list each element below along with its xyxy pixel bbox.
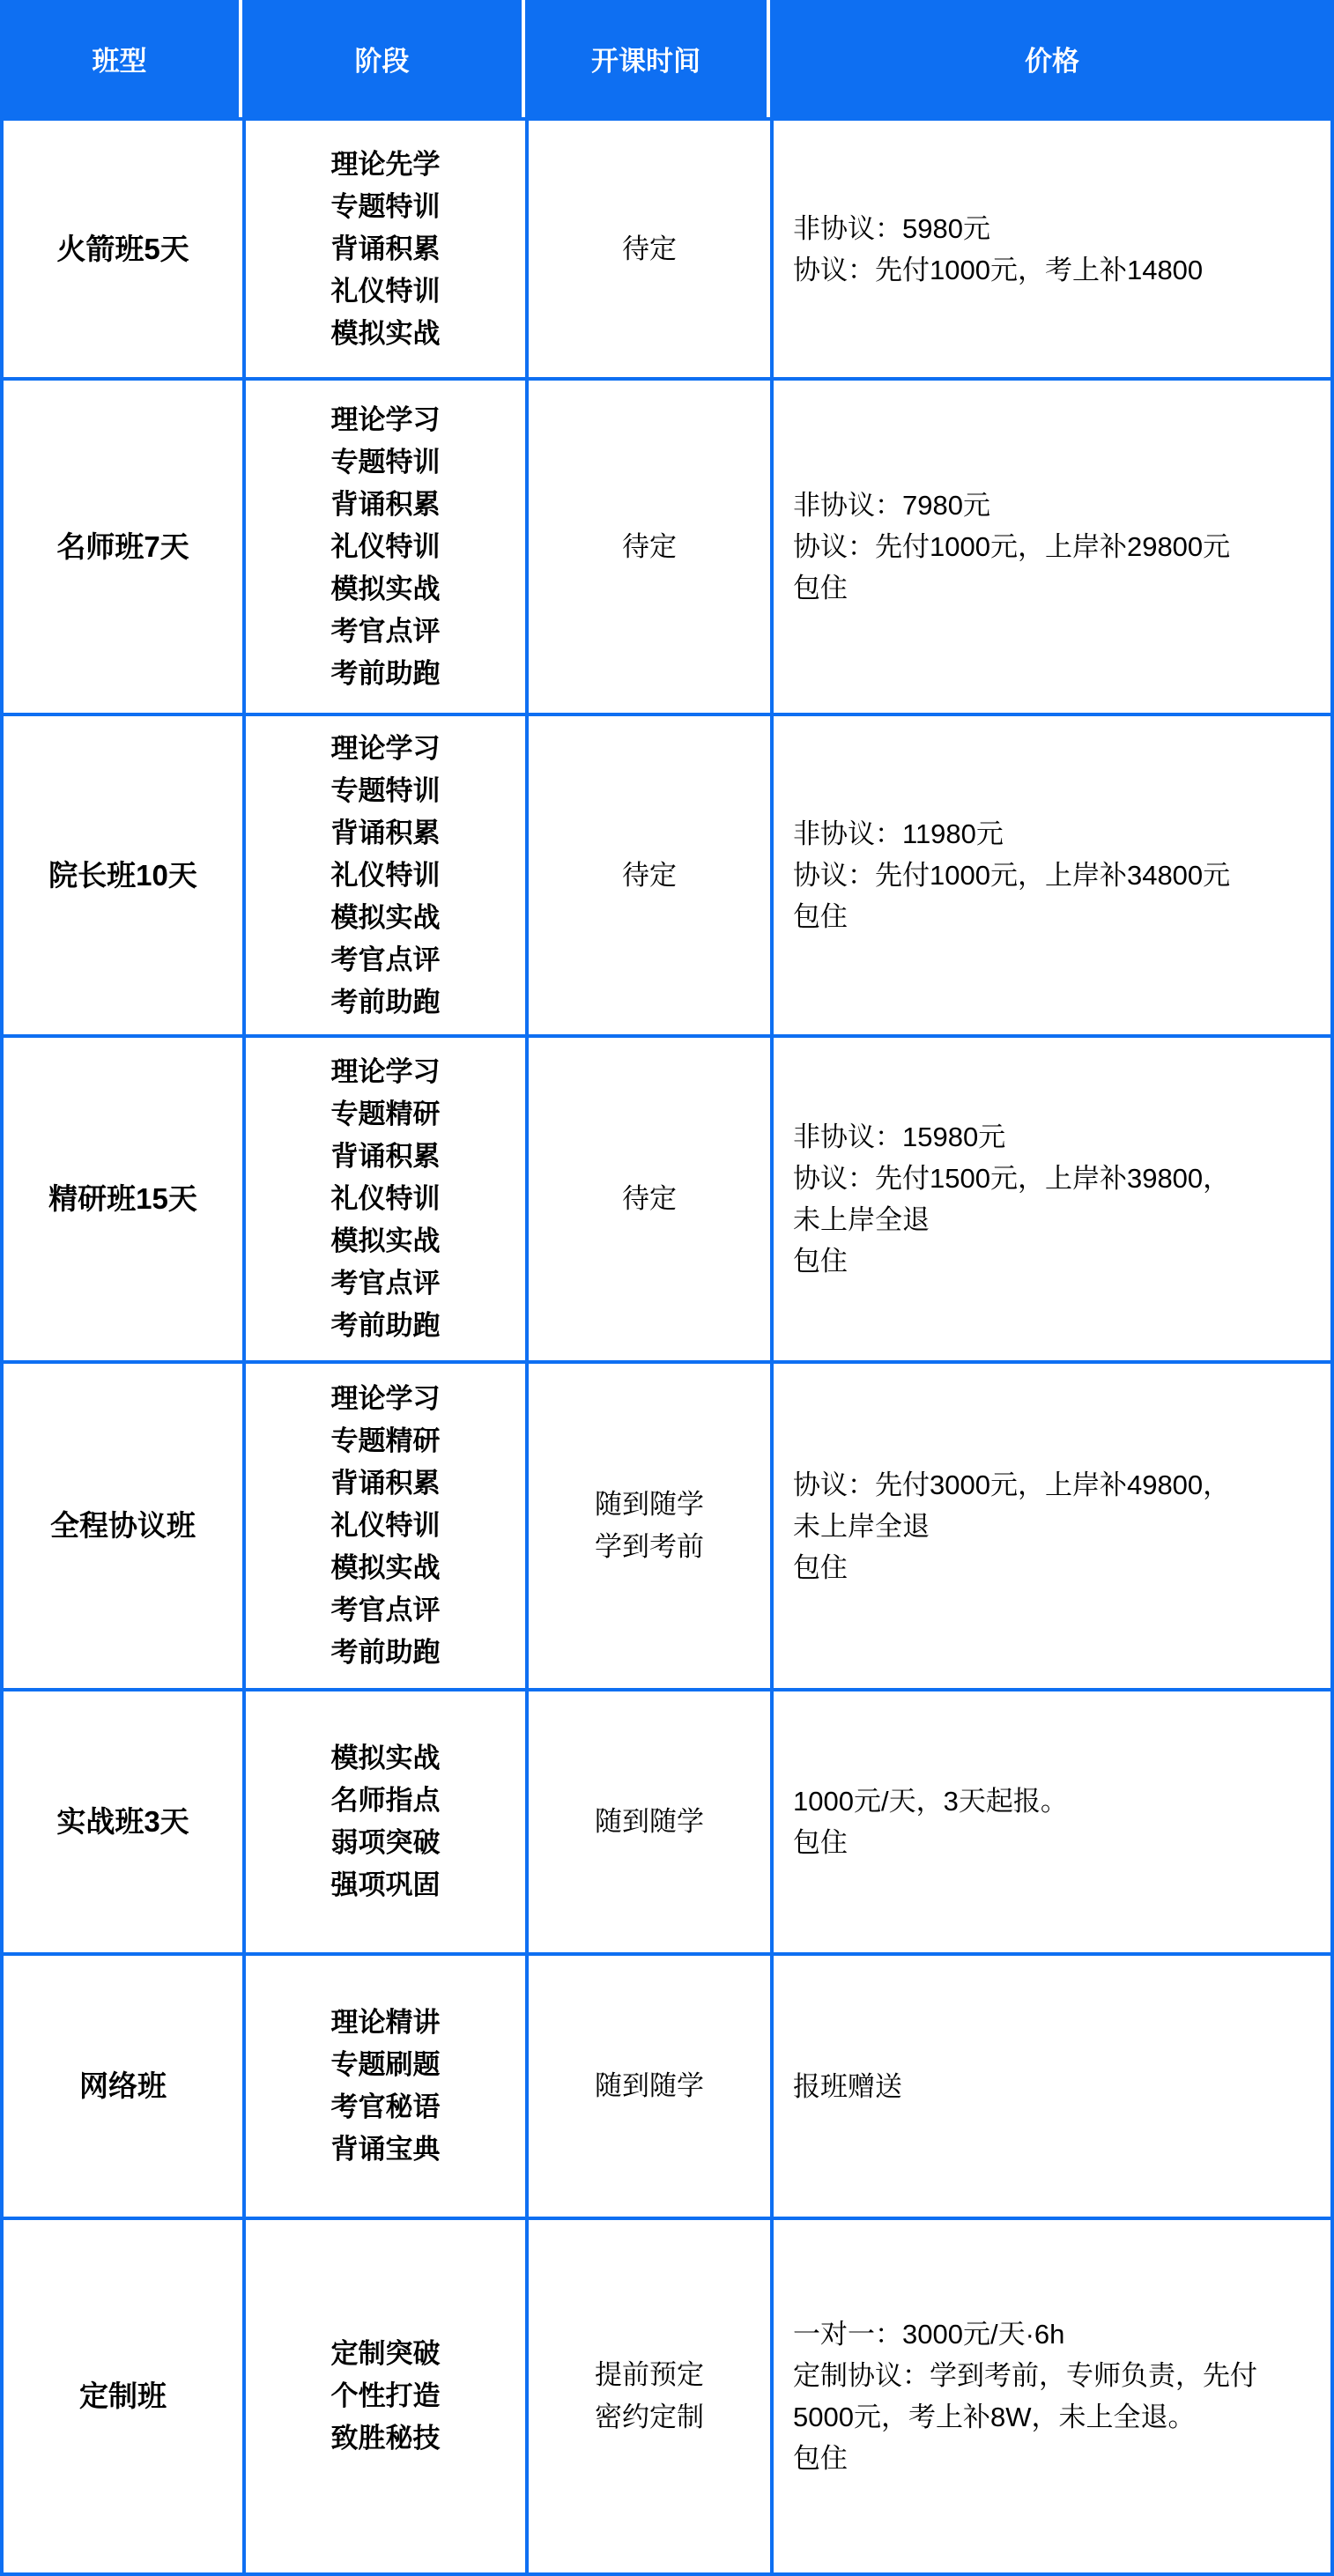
stages-cell: 理论学习 专题特训 背诵积累 礼仪特训 模拟实战 考官点评 考前助跑 (242, 716, 525, 1038)
schedule-cell: 随到随学 学到考前 (525, 1364, 770, 1691)
table-row: 名师班7天 理论学习 专题特训 背诵积累 礼仪特训 模拟实战 考官点评 考前助跑… (0, 381, 1334, 716)
stages-cell: 模拟实战 名师指点 弱项突破 强项巩固 (242, 1691, 525, 1956)
price-cell: 非协议：15980元 协议：先付1500元，上岸补39800， 未上岸全退 包住 (770, 1038, 1334, 1364)
schedule-cell: 待定 (525, 1038, 770, 1364)
price-cell: 非协议：11980元 协议：先付1000元，上岸补34800元 包住 (770, 716, 1334, 1038)
class-type-cell: 全程协议班 (0, 1364, 242, 1691)
price-cell: 协议：先付3000元，上岸补49800， 未上岸全退 包住 (770, 1364, 1334, 1691)
schedule-cell: 待定 (525, 117, 770, 381)
stages-cell: 定制突破 个性打造 致胜秘技 (242, 2220, 525, 2576)
stages-cell: 理论学习 专题特训 背诵积累 礼仪特训 模拟实战 考官点评 考前助跑 (242, 381, 525, 716)
stages-cell: 理论学习 专题精研 背诵积累 礼仪特训 模拟实战 考官点评 考前助跑 (242, 1364, 525, 1691)
schedule-cell: 待定 (525, 716, 770, 1038)
class-type-cell: 网络班 (0, 1956, 242, 2220)
stages-cell: 理论先学 专题特训 背诵积累 礼仪特训 模拟实战 (242, 117, 525, 381)
price-cell: 一对一：3000元/天·6h 定制协议：学到考前，专师负责，先付 5000元，考… (770, 2220, 1334, 2576)
table-row: 火箭班5天 理论先学 专题特训 背诵积累 礼仪特训 模拟实战 待定 非协议：59… (0, 117, 1334, 381)
class-type-cell: 火箭班5天 (0, 117, 242, 381)
pricing-table: 班型 阶段 开课时间 价格 火箭班5天 理论先学 专题特训 背诵积累 礼仪特训 … (0, 0, 1334, 2576)
table-row: 定制班 定制突破 个性打造 致胜秘技 提前预定 密约定制 一对一：3000元/天… (0, 2220, 1334, 2576)
class-type-cell: 精研班15天 (0, 1038, 242, 1364)
table-row: 全程协议班 理论学习 专题精研 背诵积累 礼仪特训 模拟实战 考官点评 考前助跑… (0, 1364, 1334, 1691)
price-cell: 非协议：5980元 协议：先付1000元，考上补14800 (770, 117, 1334, 381)
column-header-stage: 阶段 (242, 0, 525, 117)
price-cell: 1000元/天，3天起报。 包住 (770, 1691, 1334, 1956)
table-row: 实战班3天 模拟实战 名师指点 弱项突破 强项巩固 随到随学 1000元/天，3… (0, 1691, 1334, 1956)
schedule-cell: 随到随学 (525, 1691, 770, 1956)
table-row: 精研班15天 理论学习 专题精研 背诵积累 礼仪特训 模拟实战 考官点评 考前助… (0, 1038, 1334, 1364)
price-cell: 非协议：7980元 协议：先付1000元，上岸补29800元 包住 (770, 381, 1334, 716)
class-type-cell: 名师班7天 (0, 381, 242, 716)
schedule-cell: 待定 (525, 381, 770, 716)
schedule-cell: 提前预定 密约定制 (525, 2220, 770, 2576)
price-cell: 报班赠送 (770, 1956, 1334, 2220)
schedule-cell: 随到随学 (525, 1956, 770, 2220)
table-row: 院长班10天 理论学习 专题特训 背诵积累 礼仪特训 模拟实战 考官点评 考前助… (0, 716, 1334, 1038)
header-row: 班型 阶段 开课时间 价格 (0, 0, 1334, 117)
class-type-cell: 实战班3天 (0, 1691, 242, 1956)
column-header-price: 价格 (770, 0, 1334, 117)
stages-cell: 理论学习 专题精研 背诵积累 礼仪特训 模拟实战 考官点评 考前助跑 (242, 1038, 525, 1364)
table-row: 网络班 理论精讲 专题刷题 考官秘语 背诵宝典 随到随学 报班赠送 (0, 1956, 1334, 2220)
class-type-cell: 定制班 (0, 2220, 242, 2576)
stages-cell: 理论精讲 专题刷题 考官秘语 背诵宝典 (242, 1956, 525, 2220)
column-header-class-type: 班型 (0, 0, 242, 117)
column-header-schedule: 开课时间 (525, 0, 770, 117)
class-type-cell: 院长班10天 (0, 716, 242, 1038)
